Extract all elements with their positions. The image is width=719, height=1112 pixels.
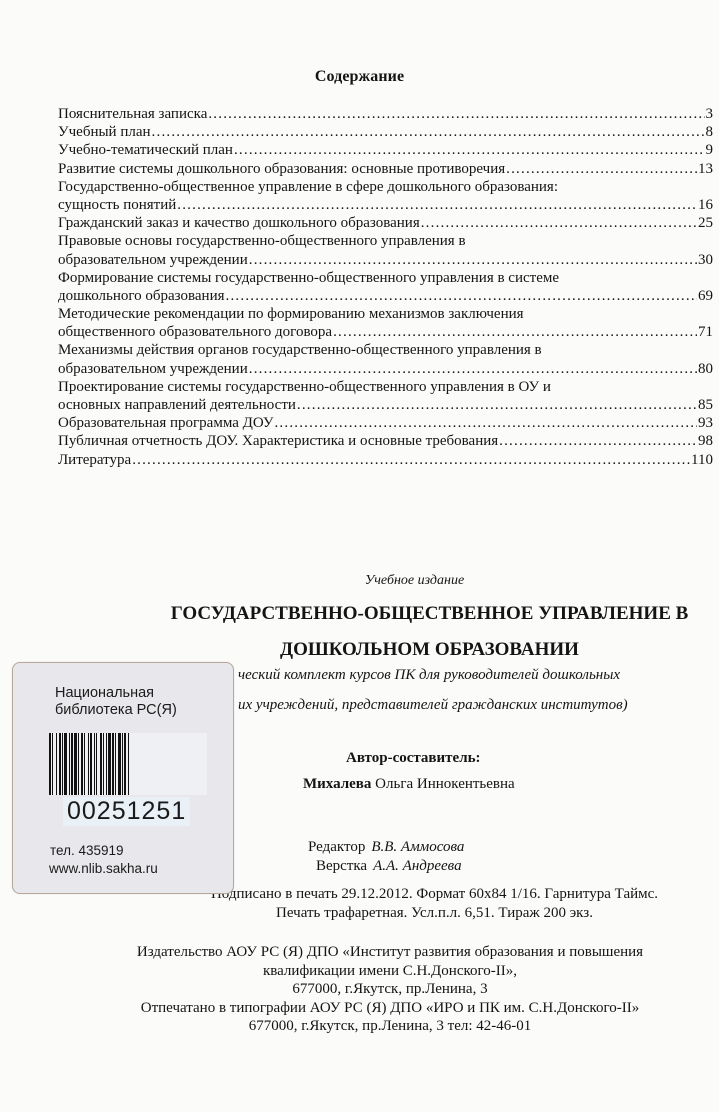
toc-entry-title: образовательном учреждении — [58, 251, 248, 269]
toc-leader-dots: ........................................… — [226, 287, 697, 305]
toc-leader-dots: ........................................… — [234, 141, 705, 159]
edition-type: Учебное издание — [0, 573, 719, 589]
toc-leader-dots: ........................................… — [208, 105, 704, 123]
toc-leader-dots: ........................................… — [421, 214, 697, 232]
toc-entry-title: Формирование системы государственно-обще… — [58, 269, 713, 287]
table-of-contents: Пояснительная записка...................… — [58, 105, 713, 469]
toc-leader-dots: ........................................… — [333, 323, 697, 341]
printer-line-1: Отпечатано в типографии АОУ РС (Я) ДПО «… — [90, 999, 690, 1018]
toc-page-number: 110 — [691, 451, 713, 469]
library-website: www.nlib.sakha.ru — [49, 861, 158, 876]
toc-leader-dots: ........................................… — [177, 196, 697, 214]
toc-entry: Развитие системы дошкольного образования… — [58, 160, 713, 178]
toc-leader-dots: ........................................… — [297, 396, 697, 414]
toc-leader-dots: ........................................… — [152, 123, 705, 141]
toc-entry-title: Пояснительная записка — [58, 105, 207, 123]
toc-entry-title: Правовые основы государственно-обществен… — [58, 232, 713, 250]
library-name-line-1: Национальная — [55, 685, 177, 702]
toc-page-number: 69 — [698, 287, 713, 305]
toc-entry-title: Механизмы действия органов государственн… — [58, 341, 713, 359]
toc-page-number: 80 — [698, 360, 713, 378]
barcode-icon — [49, 733, 207, 795]
toc-leader-dots: ........................................… — [499, 432, 697, 450]
printer-line-2: 677000, г.Якутск, пр.Ленина, 3 тел: 42-4… — [90, 1017, 690, 1036]
credits: РедакторВ.В. Аммосова ВерсткаА.А. Андрее… — [308, 838, 464, 876]
layout-name: А.А. Андреева — [373, 858, 462, 874]
toc-entry: Образовательная программа ДОУ...........… — [58, 414, 713, 432]
toc-entry: Публичная отчетность ДОУ. Характеристика… — [58, 432, 713, 450]
toc-leader-dots: ........................................… — [249, 360, 697, 378]
toc-entry: Государственно-общественное управление в… — [58, 178, 713, 214]
toc-entry-title: сущность понятий — [58, 196, 176, 214]
toc-entry-title: Проектирование системы государственно-об… — [58, 378, 713, 396]
toc-leader-dots: ........................................… — [249, 251, 697, 269]
toc-entry: Гражданский заказ и качество дошкольного… — [58, 214, 713, 232]
toc-page-number: 98 — [698, 432, 713, 450]
book-subtitle: ческий комплект курсов ПК для руководите… — [238, 660, 708, 720]
toc-entry-title: Литература — [58, 451, 131, 469]
toc-page-number: 13 — [698, 160, 713, 178]
author-label: Автор-составитель: — [346, 750, 481, 767]
imprint-line-2: Печать трафаретная. Усл.п.л. 6,51. Тираж… — [150, 904, 719, 923]
subtitle-line-2: их учреждений, представителей граждански… — [238, 690, 708, 720]
author-given-names: Ольга Иннокентьевна — [371, 776, 514, 792]
toc-leader-dots: ........................................… — [132, 451, 690, 469]
toc-entry: Методические рекомендации по формировани… — [58, 305, 713, 341]
toc-entry-title: Развитие системы дошкольного образования… — [58, 160, 505, 178]
toc-page-number: 85 — [698, 396, 713, 414]
toc-entry: Учебно-тематический план................… — [58, 141, 713, 159]
toc-entry-title: основных направлений деятельности — [58, 396, 296, 414]
toc-entry: Литература..............................… — [58, 451, 713, 469]
toc-page-number: 30 — [698, 251, 713, 269]
library-name: Национальная библиотека РС(Я) — [55, 685, 177, 719]
layout-role: Верстка — [316, 858, 367, 874]
toc-entry-title: дошкольного образования — [58, 287, 225, 305]
editor-name: В.В. Аммосова — [371, 839, 464, 855]
toc-entry-title: Учебно-тематический план — [58, 141, 233, 159]
toc-entry: Механизмы действия органов государственн… — [58, 341, 713, 377]
toc-entry: Пояснительная записка...................… — [58, 105, 713, 123]
book-title-line-1: ГОСУДАРСТВЕННО-ОБЩЕСТВЕННОЕ УПРАВЛЕНИЕ В — [140, 596, 719, 632]
toc-entry: Формирование системы государственно-обще… — [58, 269, 713, 305]
author-surname: Михалева — [303, 776, 371, 792]
toc-page-number: 25 — [698, 214, 713, 232]
editor-role: Редактор — [308, 839, 365, 855]
toc-leader-dots: ........................................… — [274, 414, 697, 432]
publisher-line-3: 677000, г.Якутск, пр.Ленина, 3 — [90, 980, 690, 999]
layout-credit: ВерсткаА.А. Андреева — [308, 857, 464, 876]
toc-entry-title: Методические рекомендации по формировани… — [58, 305, 713, 323]
book-title: ГОСУДАРСТВЕННО-ОБЩЕСТВЕННОЕ УПРАВЛЕНИЕ В… — [0, 596, 719, 668]
toc-entry-title: Образовательная программа ДОУ — [58, 414, 273, 432]
toc-entry-title: Учебный план — [58, 123, 151, 141]
imprint: Подписано в печать 29.12.2012. Формат 60… — [150, 885, 719, 923]
toc-page-number: 9 — [706, 141, 714, 159]
toc-entry: Учебный план............................… — [58, 123, 713, 141]
toc-entry-title: Государственно-общественное управление в… — [58, 178, 713, 196]
subtitle-line-1: ческий комплект курсов ПК для руководите… — [238, 660, 708, 690]
publisher-line-1: Издательство АОУ РС (Я) ДПО «Институт ра… — [90, 943, 690, 962]
library-phone: тел. 435919 — [50, 843, 124, 858]
toc-entry: Правовые основы государственно-обществен… — [58, 232, 713, 268]
toc-entry-title: Публичная отчетность ДОУ. Характеристика… — [58, 432, 498, 450]
publisher-info: Издательство АОУ РС (Я) ДПО «Институт ра… — [90, 943, 690, 1036]
author-name: Михалева Ольга Иннокентьевна — [303, 776, 515, 793]
toc-leader-dots: ........................................… — [506, 160, 697, 178]
toc-page-number: 71 — [698, 323, 713, 341]
toc-entry-title: образовательном учреждении — [58, 360, 248, 378]
contents-title: Содержание — [0, 68, 719, 86]
imprint-line-1: Подписано в печать 29.12.2012. Формат 60… — [150, 885, 719, 904]
toc-page-number: 3 — [706, 105, 714, 123]
toc-page-number: 16 — [698, 196, 713, 214]
library-name-line-2: библиотека РС(Я) — [55, 702, 177, 719]
barcode-number: 00251251 — [63, 797, 190, 826]
toc-entry-title: Гражданский заказ и качество дошкольного… — [58, 214, 420, 232]
editor-credit: РедакторВ.В. Аммосова — [308, 838, 464, 857]
toc-page-number: 8 — [706, 123, 714, 141]
publisher-line-2: квалификации имени С.Н.Донского-II», — [90, 962, 690, 981]
library-sticker: Национальная библиотека РС(Я) 00251251 т… — [12, 662, 234, 894]
toc-entry: Проектирование системы государственно-об… — [58, 378, 713, 414]
toc-page-number: 93 — [698, 414, 713, 432]
toc-entry-title: общественного образовательного договора — [58, 323, 332, 341]
